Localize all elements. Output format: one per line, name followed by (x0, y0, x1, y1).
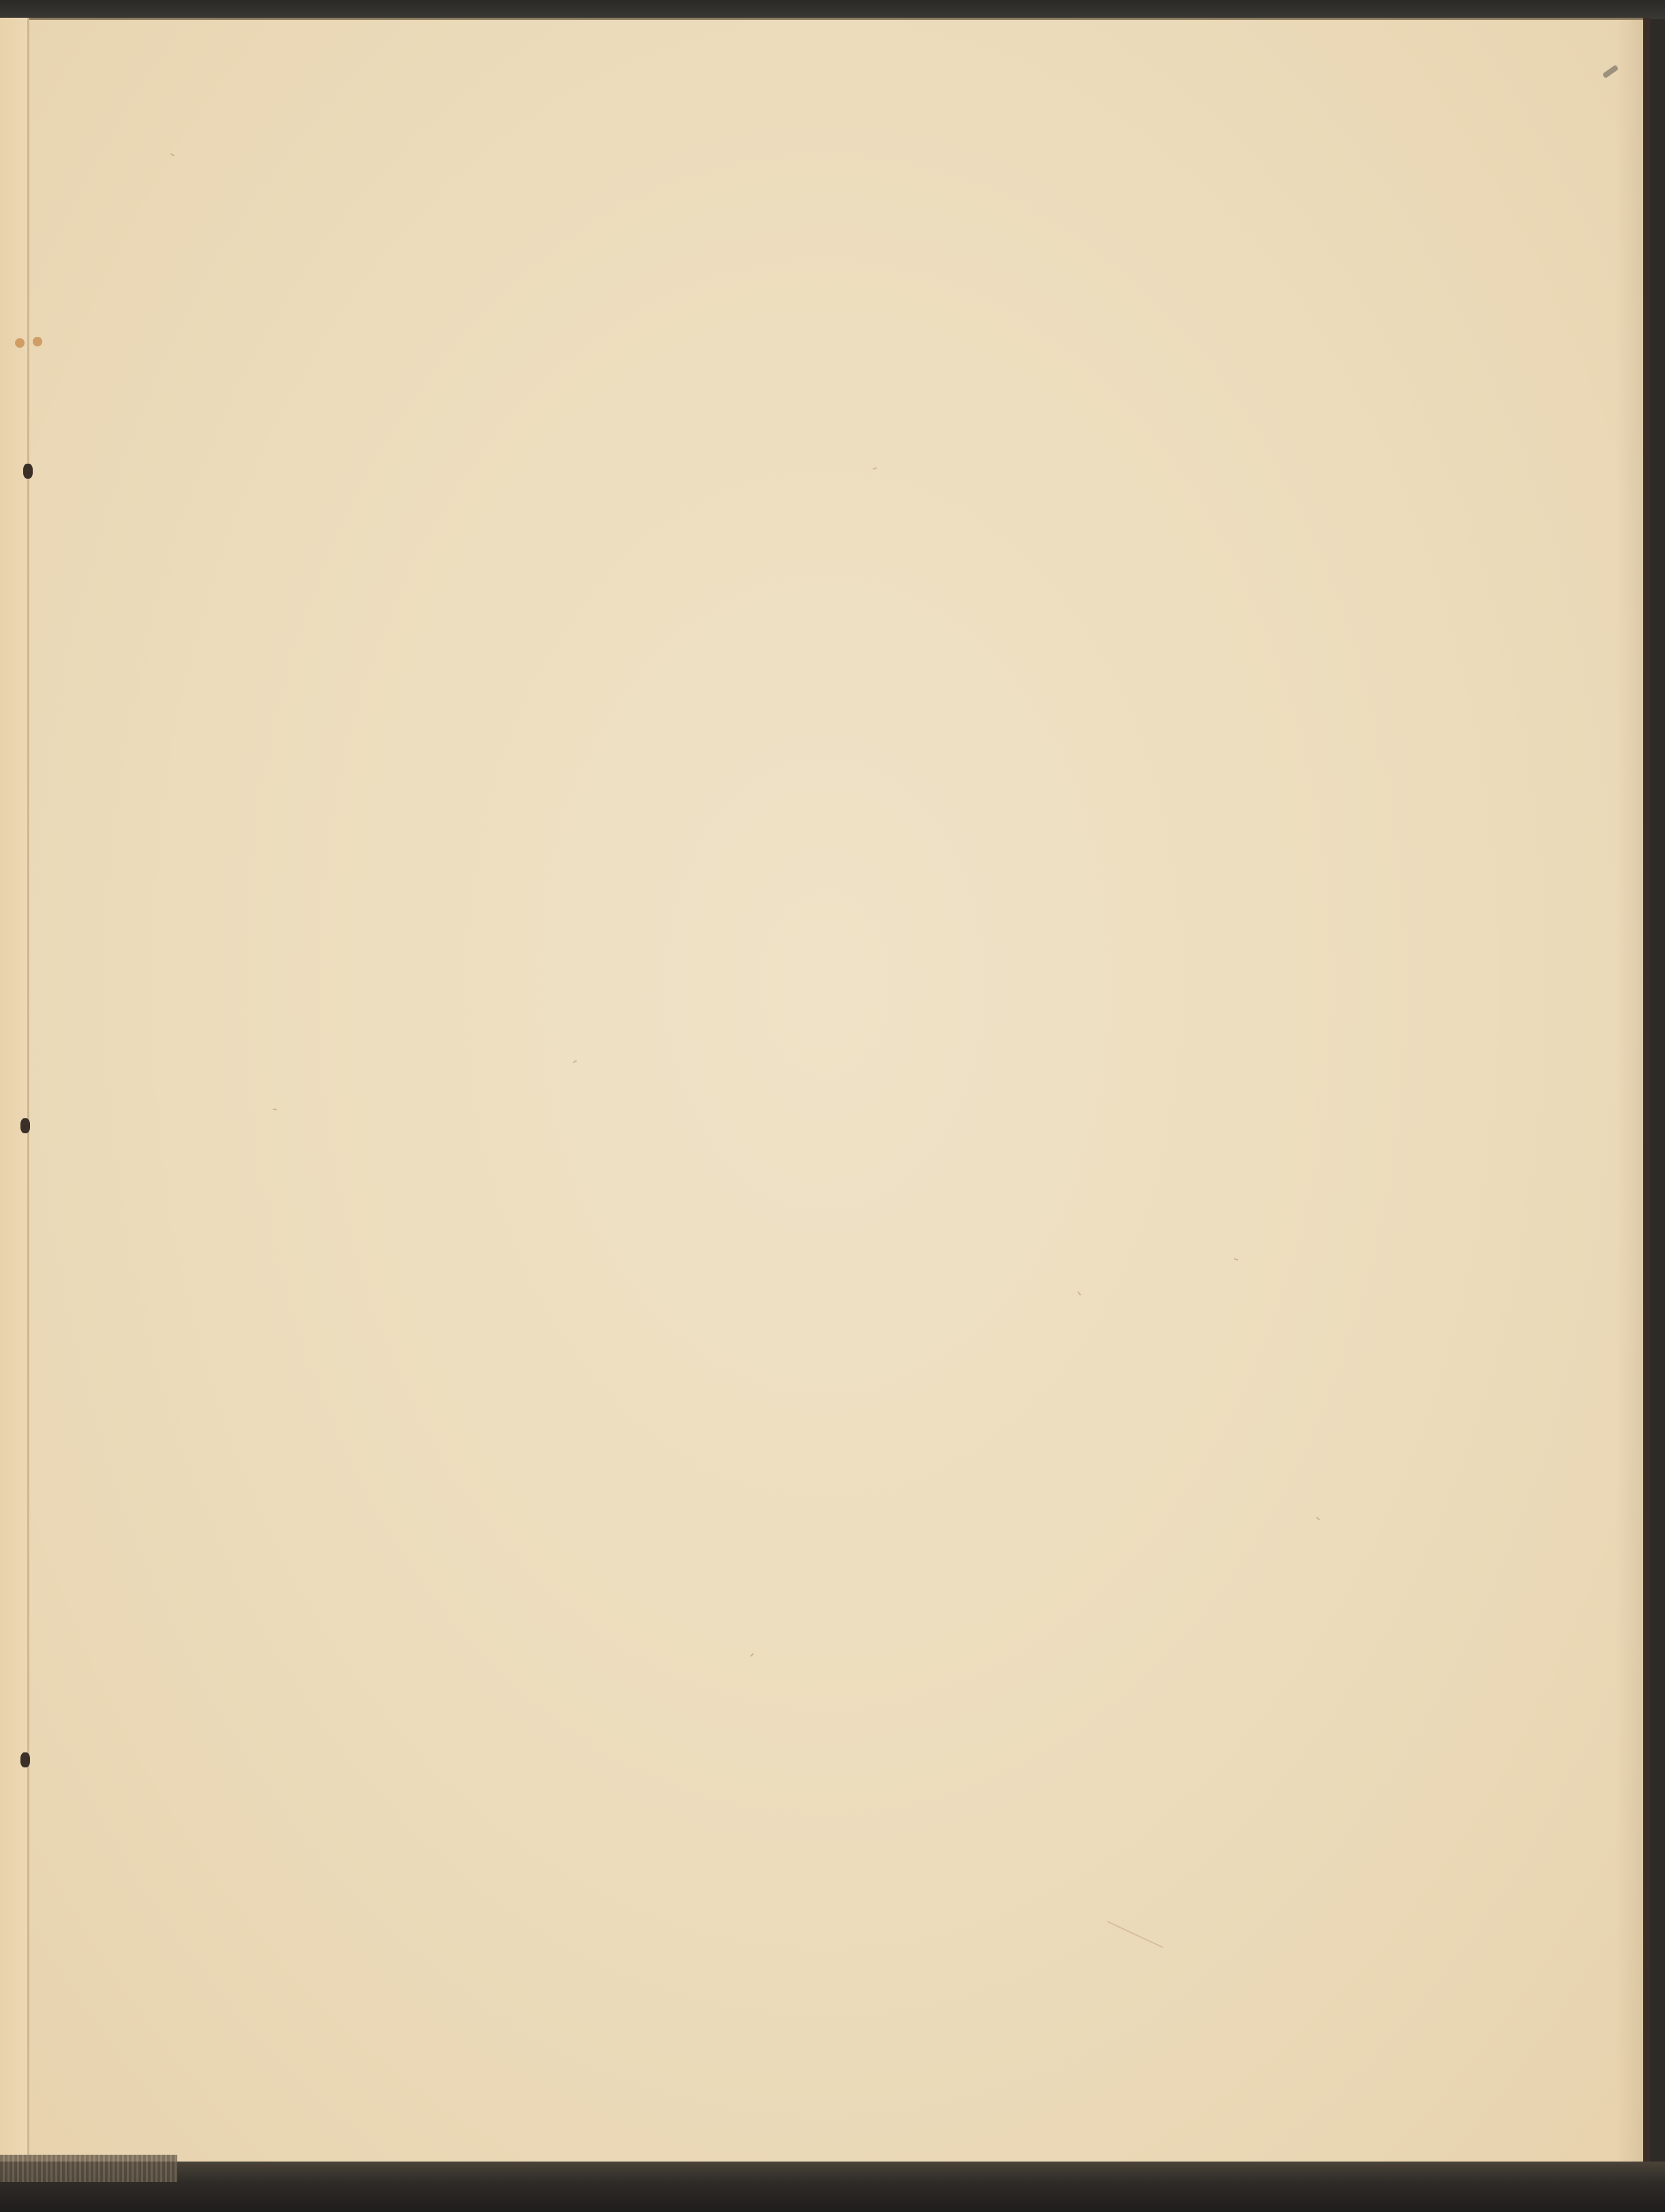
paper-fiber (750, 1653, 754, 1657)
spine-cloth-texture (0, 2155, 177, 2182)
gutter-margin (0, 18, 29, 2166)
top-binding-edge (0, 0, 1665, 19)
paper-fiber (1316, 1516, 1320, 1520)
paper-scratch (1107, 1921, 1163, 1948)
gutter-fold-line (27, 18, 29, 2166)
bottom-binding-edge (0, 2162, 1665, 2212)
right-page-shade (1616, 18, 1643, 2166)
stitch-hole (20, 1118, 30, 1133)
paper-fiber (1077, 1291, 1081, 1296)
stitch-hole (20, 1752, 30, 1767)
rust-spot (15, 338, 25, 348)
rust-spot (33, 337, 42, 346)
paper-fiber (273, 1108, 277, 1110)
blank-page (0, 18, 1650, 2166)
paper-fiber (1234, 1258, 1238, 1260)
paper-fiber (573, 1060, 577, 1064)
paper-fiber (873, 467, 877, 470)
stitch-hole (23, 464, 33, 479)
right-cover-edge (1643, 18, 1650, 2166)
paper-fiber (170, 153, 175, 157)
